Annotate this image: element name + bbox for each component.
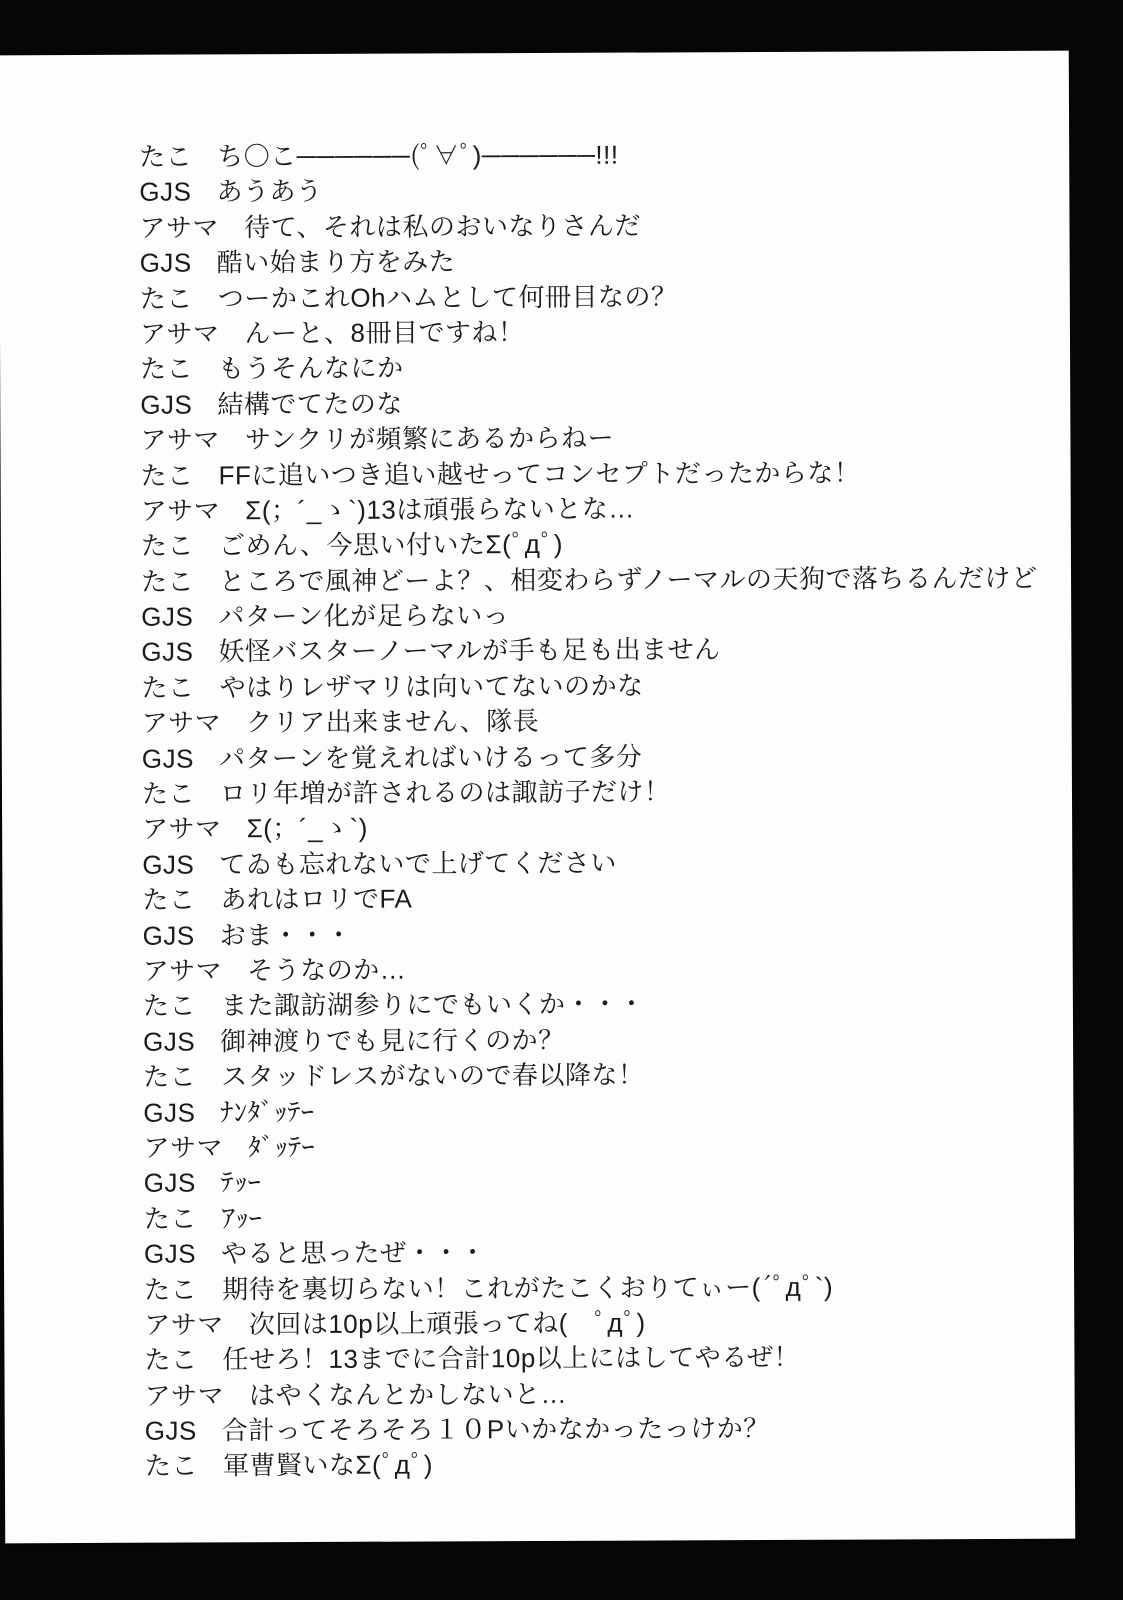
dialogue-text: ﾀﾞｯﾃｰ xyxy=(248,1132,315,1162)
dialogue-text: てゐも忘れないで上げてください xyxy=(219,847,617,879)
dialogue-text: やると思ったぜ・・・ xyxy=(221,1237,486,1268)
dialogue-line: たこFFに追いつき追い越せってコンセプトだったからな！ xyxy=(141,454,1038,493)
speaker-name: たこ xyxy=(142,777,195,813)
dialogue-text: 合計ってそろそろ１０Pいかなかったっけか？ xyxy=(222,1413,770,1445)
dialogue-text: もうそんなにか xyxy=(218,353,404,384)
dialogue-text: Σ(；´_ゝ`)13は頑張らないとな… xyxy=(245,493,635,525)
dialogue-line: アサマんーと、8冊目ですね！ xyxy=(140,313,1037,352)
dialogue-line: GJSﾅﾝﾀﾞｯﾃｰ xyxy=(143,1091,1040,1130)
dialogue-text: 次回は10p以上頑張ってね( ﾟдﾟ) xyxy=(249,1307,646,1339)
dialogue-text: つーかこれOhハムとして何冊目なの？ xyxy=(218,281,678,313)
speaker-name: GJS xyxy=(140,387,192,423)
dialogue-line: たこ軍曹賢いなΣ(ﾟдﾟ) xyxy=(145,1445,1042,1484)
dialogue-text: ところで風神どーよ？、相変わらずノーマルの天狗で落ちるんだけど xyxy=(219,563,1038,597)
dialogue-line: GJSてゐも忘れないで上げてください xyxy=(142,844,1039,883)
speaker-name: たこ xyxy=(144,1343,197,1379)
speaker-name: たこ xyxy=(145,1449,198,1485)
dialogue-line: GJS酷い始まり方をみた xyxy=(140,242,1037,281)
speaker-name: アサマ xyxy=(140,423,220,459)
dialogue-text: ｱｯｰ xyxy=(222,1203,263,1233)
dialogue-text: おま・・・ xyxy=(220,919,353,950)
dialogue-text: また諏訪湖参りにでもいくか・・・ xyxy=(221,989,645,1021)
dialogue-line: たこところで風神どーよ？、相変わらずノーマルの天狗で落ちるんだけど xyxy=(141,561,1038,600)
dialogue-line: アサマΣ(；´_ゝ`) xyxy=(142,808,1039,847)
speaker-name: たこ xyxy=(141,564,194,600)
dialogue-line: たこロリ年増が許されるのは諏訪子だけ！ xyxy=(142,773,1039,812)
dialogue-text: 期待を裏切らない！これがたこくおりてぃー(´ﾟдﾟ`) xyxy=(222,1271,833,1304)
speaker-name: GJS xyxy=(142,847,194,883)
dialogue-text: ﾅﾝﾀﾞｯﾃｰ xyxy=(220,1097,314,1127)
dialogue-text: 結構でてたのな xyxy=(217,388,403,419)
dialogue-line: アサマクリア出来ません、隊長 xyxy=(142,702,1039,741)
dialogue-text: クリア出来ません、隊長 xyxy=(246,706,539,737)
speaker-name: GJS xyxy=(141,600,193,636)
dialogue-line: GJSパターン化が足らないっ xyxy=(141,596,1038,635)
dialogue-text: 待て、それは私のおいなりさんだ xyxy=(244,210,641,242)
dialogue-text: Σ(；´_ゝ`) xyxy=(247,813,368,844)
speaker-name: GJS xyxy=(144,1166,196,1202)
speaker-name: アサマ xyxy=(140,316,220,352)
dialogue-line: アサマﾀﾞｯﾃｰ xyxy=(143,1127,1040,1166)
dialogue-text: あうあう xyxy=(216,176,322,206)
speaker-name: たこ xyxy=(142,883,195,919)
dialogue-text: 軍曹賢いなΣ(ﾟдﾟ) xyxy=(223,1450,433,1481)
dialogue-line: たこ期待を裏切らない！これがたこくおりてぃー(´ﾟдﾟ`) xyxy=(144,1268,1041,1307)
dialogue-line: アサマそうなのか… xyxy=(143,950,1040,989)
dialogue-line: GJS合計ってそろそろ１０Pいかなかったっけか？ xyxy=(145,1410,1042,1449)
speaker-name: GJS xyxy=(144,1237,196,1273)
dialogue-line: たこごめん、今思い付いたΣ(ﾟдﾟ) xyxy=(141,525,1038,564)
speaker-name: GJS xyxy=(140,246,192,282)
dialogue-text: やはりレザマリは向いてないのかな xyxy=(219,670,643,702)
dialogue-line: GJSあうあう xyxy=(139,171,1036,210)
dialogue-text: パターンを覚えればいけるって多分 xyxy=(219,741,643,773)
dialogue-text: あれはロリでFA xyxy=(220,884,412,915)
speaker-name: たこ xyxy=(141,670,194,706)
dialogue-text: ち〇こ──────(ﾟ∀ﾟ)──────!!! xyxy=(217,140,618,172)
dialogue-line: たこ任せろ！13までに合計10p以上にはしてやるぜ！ xyxy=(144,1339,1041,1378)
dialogue-text: はやくなんとかしないと… xyxy=(249,1379,567,1410)
dialogue-line: GJS結構でてたのな xyxy=(140,384,1037,423)
dialogue-text: 御神渡りでも見に行くのか？ xyxy=(220,1025,565,1057)
dialogue-line: GJSおま・・・ xyxy=(143,914,1040,953)
dialogue-text: パターン化が足らないっ xyxy=(218,600,509,631)
dialogue-text: ごめん、今思い付いたΣ(ﾟдﾟ) xyxy=(219,529,563,561)
dialogue-line: GJSやると思ったぜ・・・ xyxy=(144,1233,1041,1272)
speaker-name: GJS xyxy=(143,1095,195,1131)
speaker-name: GJS xyxy=(143,1024,195,1060)
dialogue-text: んーと、8冊目ですね！ xyxy=(244,317,524,348)
speaker-name: たこ xyxy=(141,458,194,494)
dialogue-text: そうなのか… xyxy=(247,955,406,986)
speaker-name: GJS xyxy=(145,1414,197,1450)
dialogue-line: アサマはやくなんとかしないと… xyxy=(145,1374,1042,1413)
dialogue-line: GJSパターンを覚えればいけるって多分 xyxy=(142,737,1039,776)
dialogue-line: アサマ待て、それは私のおいなりさんだ xyxy=(139,207,1036,246)
speaker-name: たこ xyxy=(140,281,193,317)
speaker-name: GJS xyxy=(139,175,191,211)
dialogue-line: GJS御神渡りでも見に行くのか？ xyxy=(143,1021,1040,1060)
dialogue-line: アサマ次回は10p以上頑張ってね( ﾟдﾟ) xyxy=(144,1304,1041,1343)
dialogue-text: 酷い始まり方をみた xyxy=(217,247,456,278)
speaker-name: アサマ xyxy=(143,953,223,989)
speaker-name: たこ xyxy=(141,529,194,565)
speaker-name: アサマ xyxy=(145,1378,225,1414)
dialogue-line: たこまた諏訪湖参りにでもいくか・・・ xyxy=(143,985,1040,1024)
speaker-name: たこ xyxy=(139,139,192,175)
dialogue-line: たこやはりレザマリは向いてないのかな xyxy=(141,667,1038,706)
speaker-name: アサマ xyxy=(142,706,222,742)
dialogue-text: ﾃｯｰ xyxy=(221,1168,262,1198)
dialogue-line: たこｱｯｰ xyxy=(144,1198,1041,1237)
dialogue-text: FFに追いつき追い越せってコンセプトだったからな！ xyxy=(219,457,861,490)
dialogue-line: たこあれはロリでFA xyxy=(142,879,1039,918)
dialogue-text: スタッドレスがないので春以降な！ xyxy=(221,1060,644,1092)
scan-background: { "colors": { "background": "#060606", "… xyxy=(0,0,1123,1600)
speaker-name: アサマ xyxy=(141,493,221,529)
dialogue-line: GJSﾃｯｰ xyxy=(144,1162,1041,1201)
speaker-name: GJS xyxy=(143,918,195,954)
dialogue-text: 任せろ！13までに合計10p以上にはしてやるぜ！ xyxy=(222,1342,800,1375)
speaker-name: アサマ xyxy=(139,210,219,246)
dialogue-text: 妖怪バスターノーマルが手も足も出ません xyxy=(218,635,720,667)
speaker-name: たこ xyxy=(144,1272,197,1308)
scanned-page: たこち〇こ──────(ﾟ∀ﾟ)──────!!! GJSあうあう アサマ待て、… xyxy=(0,51,1075,1544)
speaker-name: たこ xyxy=(143,989,196,1025)
dialogue-line: たこち〇こ──────(ﾟ∀ﾟ)──────!!! xyxy=(139,136,1036,175)
speaker-name: たこ xyxy=(144,1201,197,1237)
dialogue-line: GJS妖怪バスターノーマルが手も足も出ません xyxy=(141,631,1038,670)
speaker-name: アサマ xyxy=(144,1307,224,1343)
dialogue-line: アサマサンクリが頻繁にあるからねー xyxy=(140,419,1037,458)
speaker-name: アサマ xyxy=(142,812,222,848)
speaker-name: GJS xyxy=(142,741,194,777)
speaker-name: たこ xyxy=(143,1060,196,1096)
speaker-name: たこ xyxy=(140,352,193,388)
dialogue-line: たこもうそんなにか xyxy=(140,348,1037,387)
dialogue-line: たこスタッドレスがないので春以降な！ xyxy=(143,1056,1040,1095)
speaker-name: アサマ xyxy=(143,1130,223,1166)
dialogue-line: アサマΣ(；´_ゝ`)13は頑張らないとな… xyxy=(141,490,1038,529)
dialogue-text: サンクリが頻繁にあるからねー xyxy=(245,423,614,455)
dialogue-list: たこち〇こ──────(ﾟ∀ﾟ)──────!!! GJSあうあう アサマ待て、… xyxy=(139,136,1041,1485)
dialogue-line: たこつーかこれOhハムとして何冊目なの？ xyxy=(140,277,1037,316)
dialogue-text: ロリ年増が許されるのは諏訪子だけ！ xyxy=(220,776,671,808)
speaker-name: GJS xyxy=(141,635,193,671)
